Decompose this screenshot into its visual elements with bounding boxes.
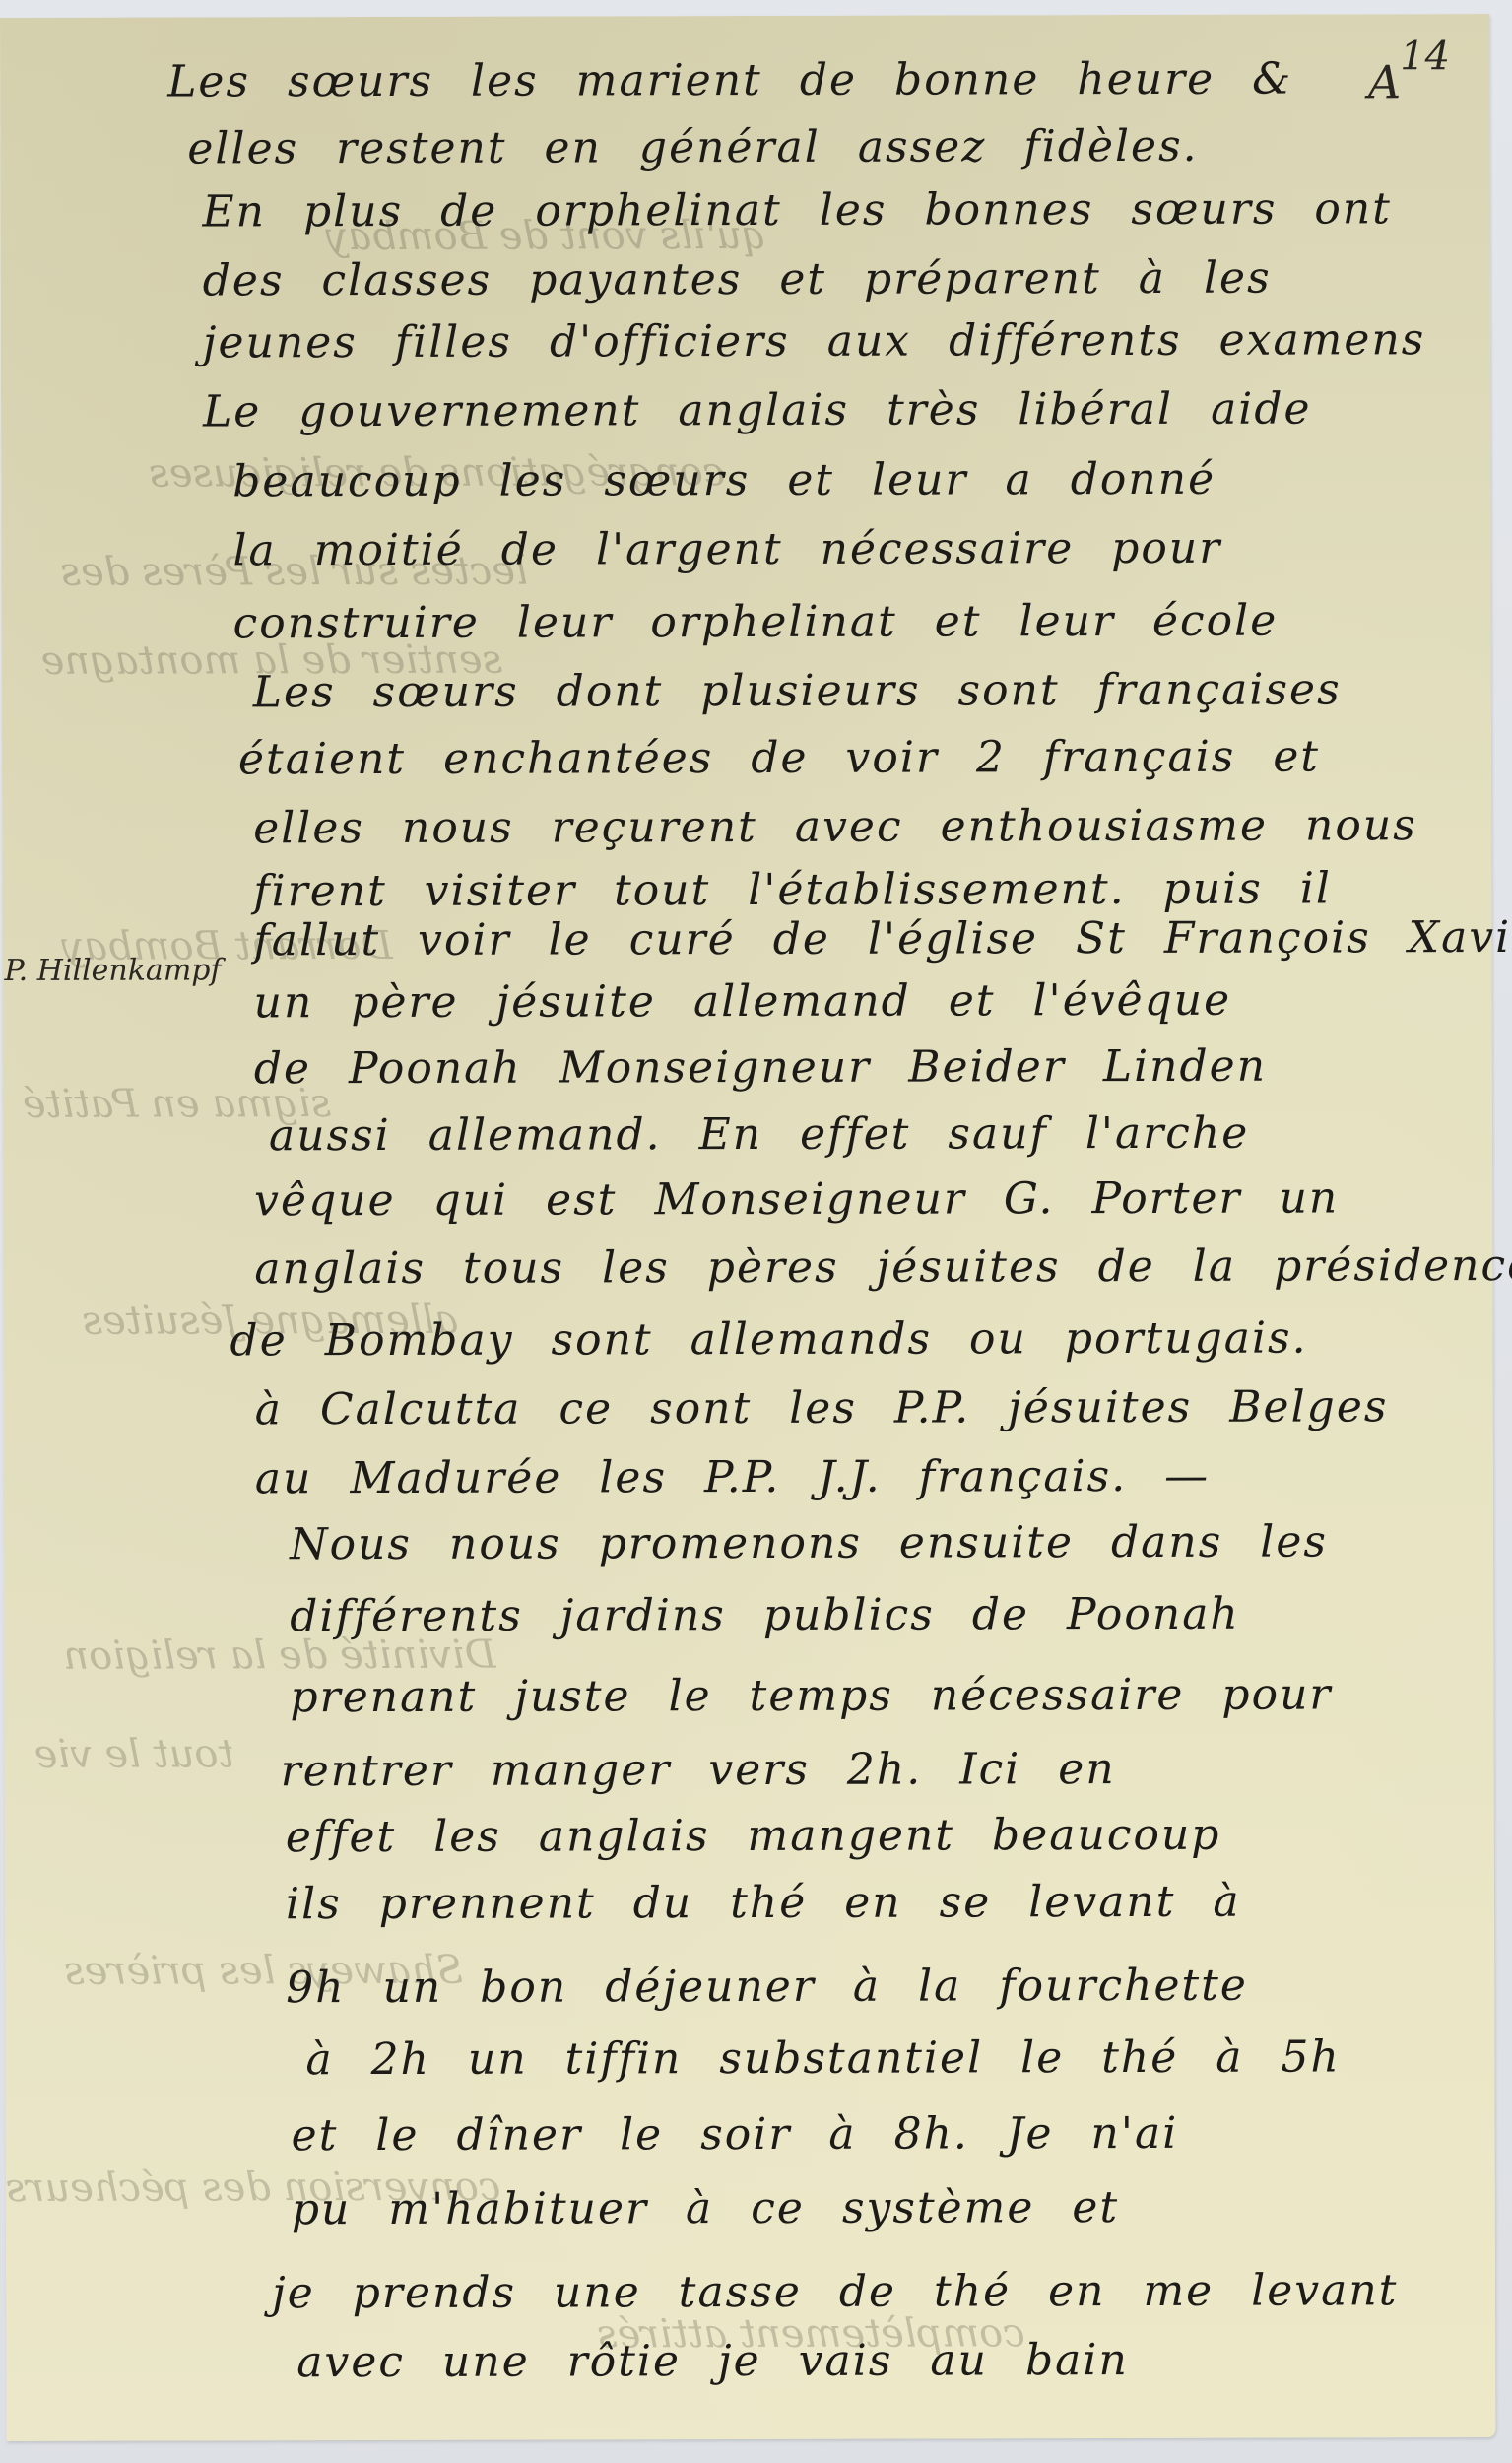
text-line: fallut voir le curé de l'église St Franç…: [253, 912, 1512, 965]
text-line: je prends une tasse de thé en me levant: [272, 2265, 1398, 2318]
text-line: Les sœurs les marient de bonne heure &: [167, 54, 1292, 107]
text-line: la moitié de l'argent nécessaire pour: [232, 523, 1221, 576]
text-line: elles restent en général assez fidèles.: [187, 121, 1198, 174]
text-line: pu m'habituer à ce système et: [292, 2182, 1119, 2234]
text-line: 9h un bon déjeuner à la fourchette: [286, 1961, 1248, 2014]
text-line: de Poonah Monseigneur Beider Linden: [254, 1041, 1267, 1095]
text-line: En plus de orphelinat les bonnes sœurs o…: [202, 183, 1392, 236]
text-line: prenant juste le temps nécessaire pour: [290, 1669, 1332, 1722]
text-line: étaient enchantées de voir 2 français et: [238, 731, 1320, 784]
text-line: et le dîner le soir à 8h. Je n'ai: [292, 2108, 1179, 2161]
text-line: construire leur orphelinat et leur école: [233, 596, 1279, 649]
text-line: effet les anglais mangent beaucoup: [286, 1810, 1221, 1862]
text-line: des classes payantes et préparent à les: [203, 253, 1272, 306]
text-line: rentrer manger vers 2h. Ici en: [281, 1744, 1116, 1796]
manuscript-page: qu'ils vont de Bombay congrégations de r…: [0, 14, 1495, 2441]
text-line: au Madurée les P.P. J.J. français. —: [255, 1451, 1210, 1504]
text-line: vêque qui est Monseigneur G. Porter un: [254, 1172, 1339, 1226]
manuscript-body: Les sœurs les marient de bonne heure & e…: [0, 14, 1495, 2441]
text-line: Le gouvernement anglais très libéral aid…: [203, 384, 1312, 437]
text-line: Nous nous promenons ensuite dans les: [290, 1516, 1328, 1569]
text-line: Les sœurs dont plusieurs sont françaises: [253, 664, 1342, 717]
text-line: à 2h un tiffin substantiel le thé à 5h: [305, 2031, 1341, 2085]
text-line: beaucoup les sœurs et leur a donné: [232, 454, 1216, 507]
text-line: avec une rôtie je vais au bain: [296, 2335, 1129, 2387]
text-line: aussi allemand. En effet sauf l'arche: [269, 1108, 1249, 1162]
text-line: un père jésuite allemand et l'évêque: [254, 975, 1232, 1029]
text-line: jeunes filles d'officiers aux différents…: [203, 314, 1426, 367]
text-line: de Bombay sont allemands ou portugais.: [230, 1313, 1307, 1366]
text-line: firent visiter tout l'établissement. pui…: [253, 863, 1332, 916]
text-line: anglais tous les pères jésuites de la pr…: [254, 1240, 1512, 1294]
text-line: elles nous reçurent avec enthousiasme no…: [253, 800, 1417, 853]
text-line: différents jardins publics de Poonah: [290, 1589, 1240, 1642]
text-line: ils prennent du thé en se levant à: [286, 1877, 1241, 1930]
text-line: à Calcutta ce sont les P.P. jésuites Bel…: [255, 1381, 1389, 1434]
